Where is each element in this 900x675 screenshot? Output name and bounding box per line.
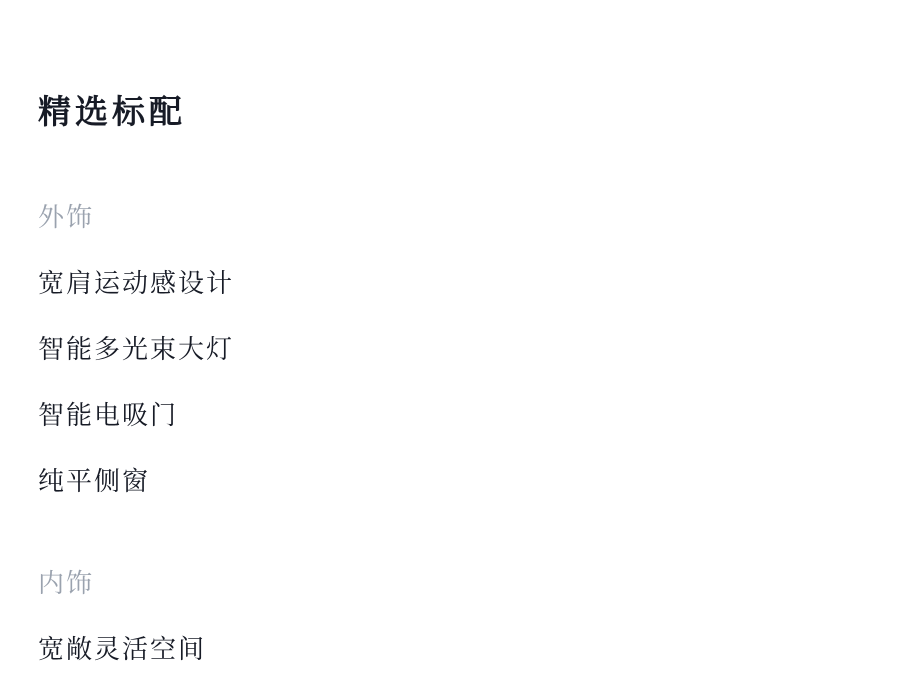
standard-config-section: 精选标配 外饰 宽肩运动感设计 智能多光束大灯 智能电吸门 纯平侧窗 内饰 宽敞… [0,0,900,662]
section-label-interior: 内饰 [38,570,860,596]
page-title: 精选标配 [38,95,860,128]
section-label-exterior: 外饰 [38,204,860,230]
feature-item: 智能多光束大灯 [38,336,860,362]
feature-item: 纯平侧窗 [38,468,860,494]
feature-item: 宽敞灵活空间 [38,636,860,662]
feature-item: 智能电吸门 [38,402,860,428]
feature-item: 宽肩运动感设计 [38,270,860,296]
